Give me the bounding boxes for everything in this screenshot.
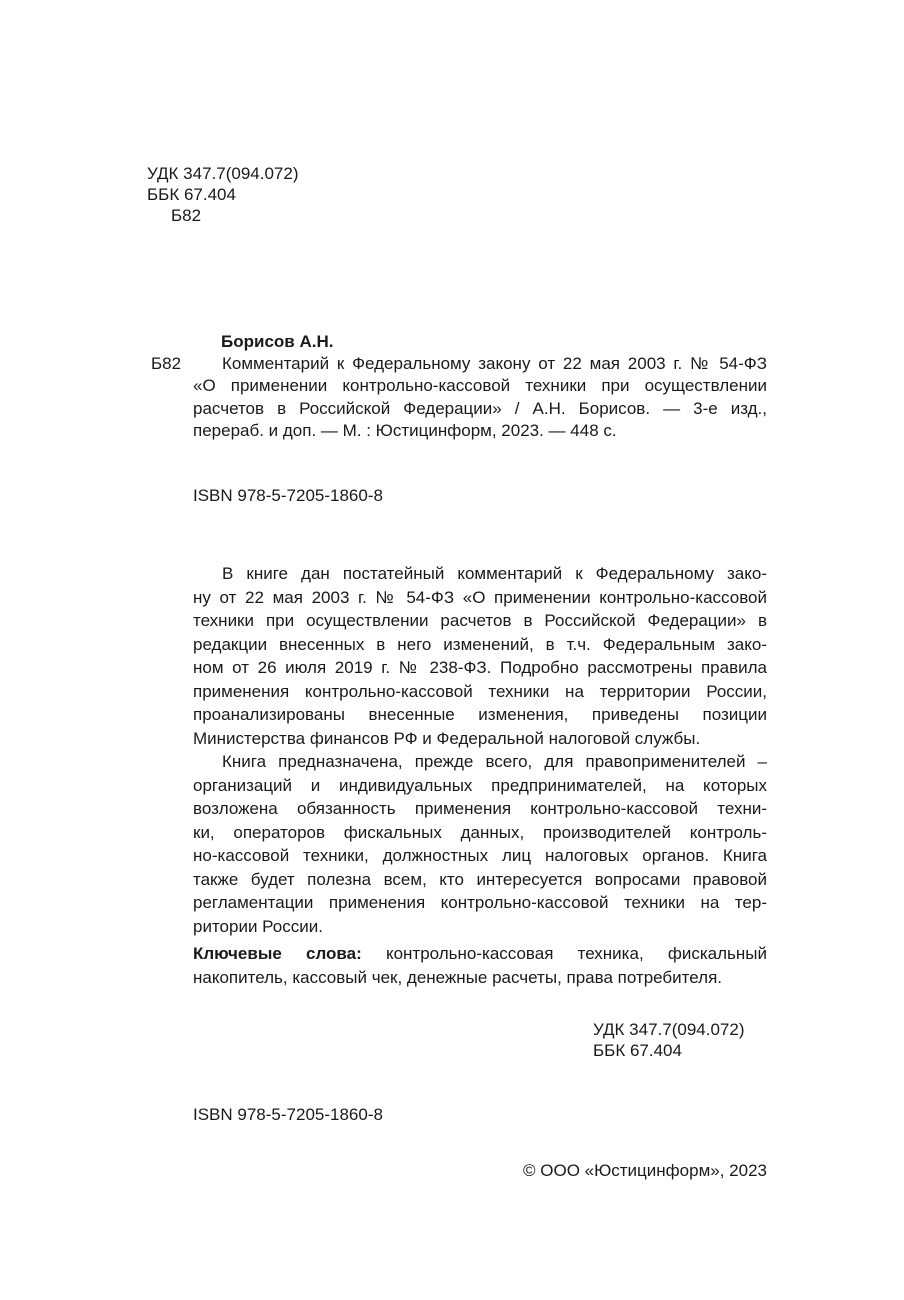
bib-line: «О применении контрольно-кассовой техник… (193, 375, 767, 397)
annotation-line: ном от 26 июля 2019 г. № 238-ФЗ. Подробн… (193, 656, 767, 680)
keywords-line: Ключевые слова: контрольно-кассовая техн… (193, 942, 767, 966)
author-name: Борисов А.Н. (221, 331, 333, 353)
bbk-code: ББК 67.404 (147, 184, 299, 205)
bibliographic-description: Комментарий к Федеральному закону от 22 … (193, 353, 767, 442)
annotation-line: возложена обязанность применения контрол… (193, 797, 767, 821)
bottom-classification-block: УДК 347.7(094.072) ББК 67.404 (593, 1019, 745, 1061)
isbn-top: ISBN 978-5-7205-1860-8 (193, 485, 383, 507)
annotation-line: В книге дан постатейный комментарий к Фе… (193, 562, 767, 586)
bib-author-mark: Б82 (151, 353, 181, 375)
keywords-label: Ключевые слова: (193, 944, 362, 963)
bib-line: перераб. и доп. — М. : Юстицинформ, 2023… (193, 420, 767, 442)
keywords-text: контрольно-кассовая техника, фискальный (362, 944, 767, 963)
bib-line: расчетов в Российской Федерации» / А.Н. … (193, 398, 767, 420)
annotation-line: ритории России. (193, 915, 767, 939)
annotation-line: проанализированы внесенные изменения, пр… (193, 703, 767, 727)
udk-code: УДК 347.7(094.072) (593, 1019, 745, 1040)
annotation-line: также будет полезна всем, кто интересует… (193, 868, 767, 892)
annotation-line: ки, операторов фискальных данных, произв… (193, 821, 767, 845)
annotation-line: ну от 22 мая 2003 г. № 54-ФЗ «О применен… (193, 586, 767, 610)
keywords-block: Ключевые слова: контрольно-кассовая техн… (193, 942, 767, 990)
annotation-line: применения контрольно-кассовой техники н… (193, 680, 767, 704)
annotation-line: организаций и индивидуальных предпринима… (193, 774, 767, 798)
annotation-line: регламентации применения контрольно-касс… (193, 891, 767, 915)
author-mark: Б82 (147, 205, 299, 226)
bbk-code: ББК 67.404 (593, 1040, 745, 1061)
keywords-line: накопитель, кассовый чек, денежные расче… (193, 966, 767, 990)
annotation: В книге дан постатейный комментарий к Фе… (193, 562, 767, 938)
isbn-bottom: ISBN 978-5-7205-1860-8 (193, 1104, 383, 1126)
annotation-line: Книга предназначена, прежде всего, для п… (193, 750, 767, 774)
annotation-paragraph-2: Книга предназначена, прежде всего, для п… (193, 750, 767, 938)
udk-code: УДК 347.7(094.072) (147, 163, 299, 184)
annotation-line: редакции внесенных в него изменений, в т… (193, 633, 767, 657)
annotation-line: Министерства финансов РФ и Федеральной н… (193, 727, 767, 751)
copyright-notice: © ООО «Юстицинформ», 2023 (523, 1160, 767, 1182)
annotation-line: техники при осуществлении расчетов в Рос… (193, 609, 767, 633)
bib-line: Комментарий к Федеральному закону от 22 … (193, 353, 767, 375)
top-classification-block: УДК 347.7(094.072) ББК 67.404 Б82 (147, 163, 299, 226)
annotation-paragraph-1: В книге дан постатейный комментарий к Фе… (193, 562, 767, 750)
annotation-line: но-кассовой техники, должностных лиц нал… (193, 844, 767, 868)
